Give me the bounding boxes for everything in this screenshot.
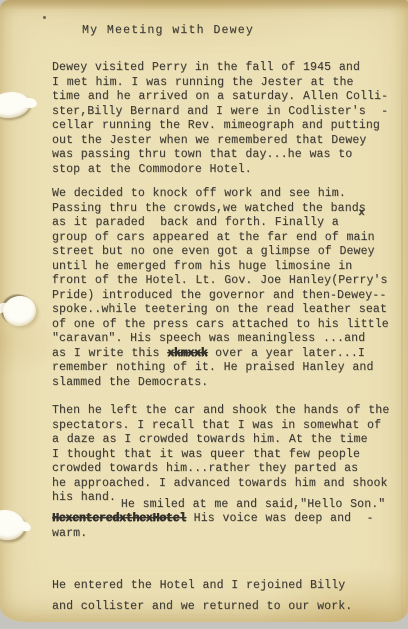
scanned-page: My Meeting with Dewey Dewey visited Perr…	[0, 0, 408, 629]
text-line: cellar running the Rev. mimeograph and p…	[52, 119, 404, 134]
text-run: cellar running the Rev. mimeograph and p…	[52, 119, 380, 132]
text-run: He smiled at me and said,"Hello Son."	[52, 498, 385, 511]
text-line: crowded towards him...rather they parted…	[52, 462, 404, 477]
text-line: and collister and we returned to our wor…	[52, 596, 404, 617]
overstruck-text: x	[358, 206, 364, 221]
text-line: stop at the Commodore Hotel.	[52, 163, 404, 178]
text-run: he approached. I advanced towards him an…	[52, 477, 388, 490]
text-run: We decided to knock off work and see him…	[52, 187, 346, 200]
text-run: He entered the Hotel and I rejoined Bill…	[52, 579, 345, 592]
page-title: My Meeting with Dewey	[82, 24, 254, 39]
text-line: as it paraded back and forth. Finally a	[52, 216, 404, 231]
text-line: HexenteredxthexHotel His voice was deep …	[52, 512, 404, 527]
text-run: out the Jester when we remembered that D…	[52, 134, 366, 147]
text-line: Pride) introduced the governor and then-…	[52, 289, 404, 304]
text-run: stop at the Commodore Hotel.	[52, 163, 252, 176]
text-run: until he emerged from his huge limosine …	[52, 260, 352, 273]
text-line: was passing thru town that day...he was …	[52, 148, 404, 163]
text-run: and collister and we returned to our wor…	[52, 600, 352, 613]
text-run: remember nothing of it. He praised Hanle…	[52, 361, 374, 374]
text-run: ster,Billy Bernard and I were in Codlist…	[52, 105, 388, 118]
text-run: as I write this	[52, 347, 167, 360]
text-run: street but no one even got a glimpse of …	[52, 245, 375, 258]
text-run: over a year later...I	[207, 347, 365, 360]
text-line: as I write this xkmxxk over a year later…	[52, 347, 404, 362]
text-line: out the Jester when we remembered that D…	[52, 134, 404, 149]
text-run: slammed the Democrats.	[52, 376, 208, 389]
overstruck-text: xkmxxk	[167, 347, 207, 360]
text-run: spectators. I recall that I was in somew…	[52, 419, 381, 432]
text-run: Dewey visited Perry in the fall of 1945 …	[52, 61, 360, 74]
text-line: He entered the Hotel and I rejoined Bill…	[52, 575, 404, 596]
text-run: a daze as I crowded towards him. At the …	[52, 433, 368, 446]
text-line: of one of the press cars attached to his…	[52, 318, 404, 333]
text-run: time and he arrived on a saturday. Allen…	[52, 90, 388, 103]
text-line: time and he arrived on a saturday. Allen…	[52, 90, 404, 105]
text-line: I met him. I was running the Jester at t…	[52, 76, 404, 91]
text-line: I thought that it was queer that few peo…	[52, 448, 404, 463]
text-run: group of cars appeared at the far end of…	[52, 231, 375, 244]
text-run: as it paraded back and forth. Finally a	[52, 216, 339, 229]
text-line: "caravan". His speech was meaningless ..…	[52, 332, 404, 347]
text-line: until he emerged from his huge limosine …	[52, 260, 404, 275]
text-run: His voice was deep and -	[186, 512, 374, 525]
text-line: he approached. I advanced towards him an…	[52, 477, 404, 492]
paragraph-intro: Dewey visited Perry in the fall of 1945 …	[52, 61, 404, 177]
text-line: warm.	[52, 527, 404, 542]
text-line: group of cars appeared at the far end of…	[52, 231, 404, 246]
text-run: "caravan". His speech was meaningless ..…	[52, 332, 365, 345]
text-line: Then he left the car and shook the hands…	[52, 404, 404, 419]
paragraph-handshake: Then he left the car and shook the hands…	[52, 404, 404, 541]
text-run: Passing thru the crowds,we watched the b…	[52, 202, 366, 215]
text-line: ster,Billy Bernard and I were in Codlist…	[52, 105, 404, 120]
paragraph-closing: He entered the Hotel and I rejoined Bill…	[52, 575, 404, 617]
text-line: street but no one even got a glimpse of …	[52, 245, 404, 260]
text-line: He smiled at me and said,"Hello Son."	[52, 498, 404, 513]
text-run: crowded towards him...rather they parted…	[52, 462, 358, 475]
text-line: spoke..while teetering on the read leath…	[52, 303, 404, 318]
text-line: Dewey visited Perry in the fall of 1945 …	[52, 61, 404, 76]
text-run: I thought that it was queer that few peo…	[52, 448, 360, 461]
text-run: I met him. I was running the Jester at t…	[52, 76, 354, 89]
text-line: remember nothing of it. He praised Hanle…	[52, 361, 404, 376]
text-line: spectators. I recall that I was in somew…	[52, 419, 404, 434]
overstruck-text: HexenteredxthexHotel	[52, 512, 186, 525]
document-body: Dewey visited Perry in the fall of 1945 …	[52, 61, 404, 617]
text-run: Then he left the car and shook the hands…	[52, 404, 389, 417]
text-line: We decided to knock off work and see him…	[52, 187, 404, 202]
typewritten-content: My Meeting with Dewey Dewey visited Perr…	[0, 0, 408, 629]
text-run: front of the Hotel. Lt. Gov. Joe Hanley(…	[52, 274, 388, 287]
text-line: Passing thru the crowds,we watched the b…	[52, 202, 404, 217]
text-line: a daze as I crowded towards him. At the …	[52, 433, 404, 448]
text-line: slammed the Democrats.	[52, 376, 404, 391]
text-run: of one of the press cars attached to his…	[52, 318, 389, 331]
text-line: front of the Hotel. Lt. Gov. Joe Hanley(…	[52, 274, 404, 289]
text-run: Pride) introduced the governor and then-…	[52, 289, 386, 302]
text-run: was passing thru town that day...he was …	[52, 148, 352, 161]
text-run: warm.	[52, 527, 87, 540]
paragraph-parade: We decided to knock off work and see him…	[52, 187, 404, 390]
text-run: spoke..while teetering on the read leath…	[52, 303, 387, 316]
